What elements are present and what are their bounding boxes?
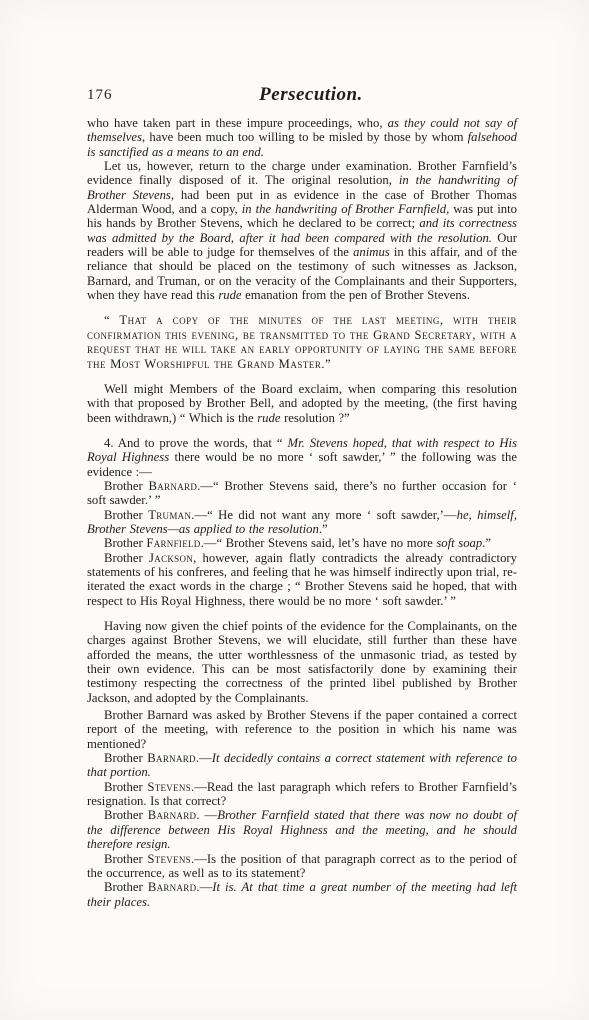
paragraph-continuation: who have taken part in these impure proc…	[87, 116, 517, 159]
text-run: 4. And to prove the words, that “	[104, 436, 288, 450]
speaker-name: Barnard	[148, 880, 197, 894]
text-run: Brother	[104, 536, 146, 550]
text-run: rude	[218, 288, 241, 302]
paragraph-barnard-asked: Brother Barnard was asked by Brother Ste…	[87, 708, 517, 751]
text-run: Brother	[104, 808, 148, 822]
speaker-name: Barnard	[148, 808, 197, 822]
book-page: 176 Persecution. who have taken part in …	[0, 0, 589, 1020]
resolution-quote: “ That a copy of the minutes of the last…	[87, 313, 517, 370]
text-run: resolution ?”	[281, 411, 350, 425]
text-run: “ That a copy of the minutes of the last…	[87, 313, 517, 370]
speaker-name: Truman	[148, 508, 191, 522]
text-run: emanation from the pen of Brother Steven…	[242, 288, 470, 302]
running-title: Persecution.	[87, 84, 517, 106]
speaker-name: Barnard	[149, 479, 198, 493]
text-run: have been much too willing to be misled …	[145, 130, 468, 144]
text-run: in the handwriting of Brother Farnfield,	[242, 202, 450, 216]
text-run: .”	[482, 536, 491, 550]
text-run: soft soap	[436, 536, 482, 550]
page-content: 176 Persecution. who have taken part in …	[87, 84, 517, 909]
testimony-barnard-3: Brother Barnard. —Brother Farnfield stat…	[87, 808, 517, 851]
text-run: .—“ He did not want any more ‘ soft sawd…	[191, 508, 456, 522]
text-run: .—	[196, 751, 212, 765]
paragraph-point-4: 4. And to prove the words, that “ Mr. St…	[87, 436, 517, 479]
page-body: who have taken part in these impure proc…	[87, 116, 517, 909]
text-run: Brother	[104, 751, 147, 765]
text-run: .—	[196, 880, 212, 894]
paragraph-well-might: Well might Members of the Board exclaim,…	[87, 382, 517, 425]
paragraph-charge-examination: Let us, however, return to the charge un…	[87, 159, 517, 302]
testimony-farnfield: Brother Farnfield.—“ Brother Stevens sai…	[87, 536, 517, 550]
speaker-name: Jackson	[149, 551, 193, 565]
testimony-barnard-4: Brother Barnard.—It is. At that time a g…	[87, 880, 517, 909]
text-run: Brother Barnard was asked by Brother Ste…	[87, 708, 517, 751]
speaker-name: Stevens	[147, 780, 191, 794]
speaker-name: Barnard	[147, 751, 196, 765]
text-run: Brother	[104, 479, 149, 493]
text-run: . —	[196, 808, 217, 822]
paragraph-jackson: Brother Jackson, however, again flatly c…	[87, 551, 517, 608]
paragraph-having-given: Having now given the chief points of the…	[87, 619, 517, 705]
text-run: Brother	[104, 880, 148, 894]
testimony-barnard-1: Brother Barnard.—“ Brother Stevens said,…	[87, 479, 517, 508]
testimony-stevens-2: Brother Stevens.—Is the position of that…	[87, 852, 517, 881]
testimony-stevens-1: Brother Stevens.—Read the last paragraph…	[87, 780, 517, 809]
page-number: 176	[87, 87, 113, 104]
text-run: who have taken part in these impure proc…	[87, 116, 388, 130]
text-run: Brother	[104, 852, 147, 866]
text-run: .—“ Brother Stevens said, let’s have no …	[201, 536, 437, 550]
text-run: .”	[319, 522, 328, 536]
text-run: Brother	[104, 780, 147, 794]
speaker-name: Farnfield	[146, 536, 200, 550]
testimony-barnard-2: Brother Barnard.—It decidedly contains a…	[87, 751, 517, 780]
speaker-name: Stevens	[147, 852, 191, 866]
text-run: Having now given the chief points of the…	[87, 619, 517, 705]
testimony-truman: Brother Truman.—“ He did not want any mo…	[87, 508, 517, 537]
text-run: rude	[257, 411, 280, 425]
text-run: Brother	[104, 551, 149, 565]
text-run: animus	[353, 245, 390, 259]
text-run: Brother	[104, 508, 148, 522]
page-header: 176 Persecution.	[87, 84, 517, 107]
